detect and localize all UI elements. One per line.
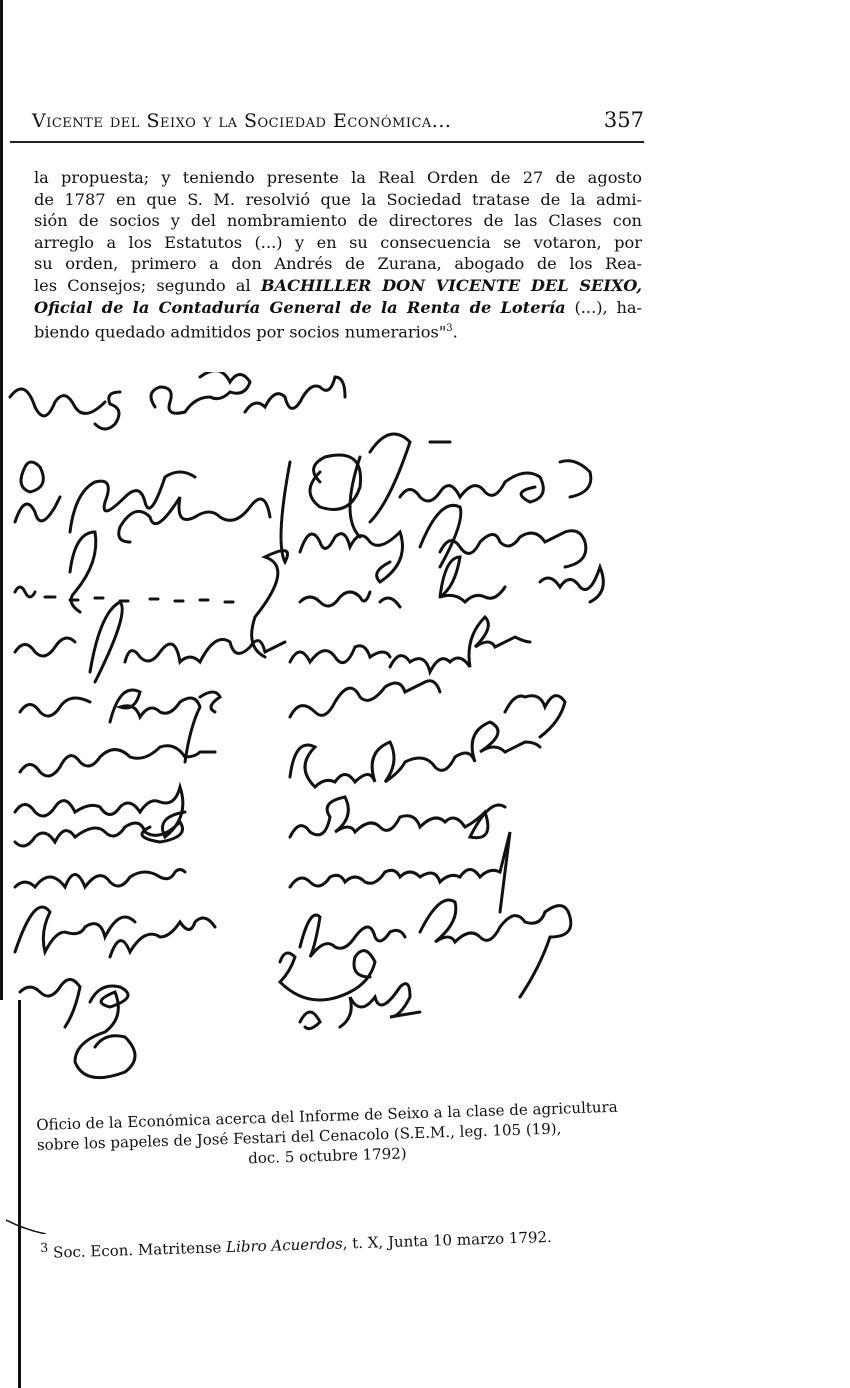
body-paragraph: la propuesta; y teniendo presente la Rea… <box>34 167 642 343</box>
text-span: les Consejos; segundo al <box>34 276 251 295</box>
footnote-text: Soc. Econ. Matritense <box>53 1238 227 1261</box>
text-span: (...), ha- <box>566 298 642 317</box>
page-number: 357 <box>604 108 644 132</box>
emphasis-name: BACHILLER DON VICENTE DEL SEIXO, <box>261 276 642 295</box>
emphasis-title: Oficial de la Contaduría General de la R… <box>34 298 566 317</box>
running-header: Vicente del Seixo y la Sociedad Económic… <box>32 108 644 138</box>
footnote: 3 Soc. Econ. Matritense Libro Acuerdos, … <box>40 1222 600 1262</box>
text-line: la propuesta; y teniendo presente la Rea… <box>34 167 642 189</box>
text-line: su orden, primero a don Andrés de Zurana… <box>34 253 642 275</box>
text-line: les Consejos; segundo al BACHILLER DON V… <box>34 275 642 297</box>
running-title: Vicente del Seixo y la Sociedad Económic… <box>32 110 451 132</box>
book-page: Vicente del Seixo y la Sociedad Económic… <box>0 0 850 1388</box>
text-line: arreglo a los Estatutos (...) y en su co… <box>34 232 642 254</box>
text-line: biendo quedado admitidos por socios nume… <box>34 318 642 343</box>
footnote-book-title: Libro Acuerdos <box>226 1235 343 1257</box>
text-span: . <box>453 323 458 342</box>
text-line: Oficial de la Contaduría General de la R… <box>34 297 642 319</box>
text-span: biendo quedado admitidos por socios nume… <box>34 323 446 342</box>
footnote-marker: 3 <box>40 1240 48 1255</box>
header-rule <box>10 141 644 143</box>
text-line: de 1787 en que S. M. resolvió que la Soc… <box>34 189 642 211</box>
manuscript-facsimile <box>0 372 650 1102</box>
figure-caption: Oficio de la Económica acerca del Inform… <box>36 1096 658 1175</box>
handwriting-image <box>0 372 650 1102</box>
text-line: sión de socios y del nombramiento de dir… <box>34 210 642 232</box>
footnote-rule <box>6 1218 46 1234</box>
footnote-text: , t. X, Junta 10 marzo 1792. <box>342 1228 552 1253</box>
